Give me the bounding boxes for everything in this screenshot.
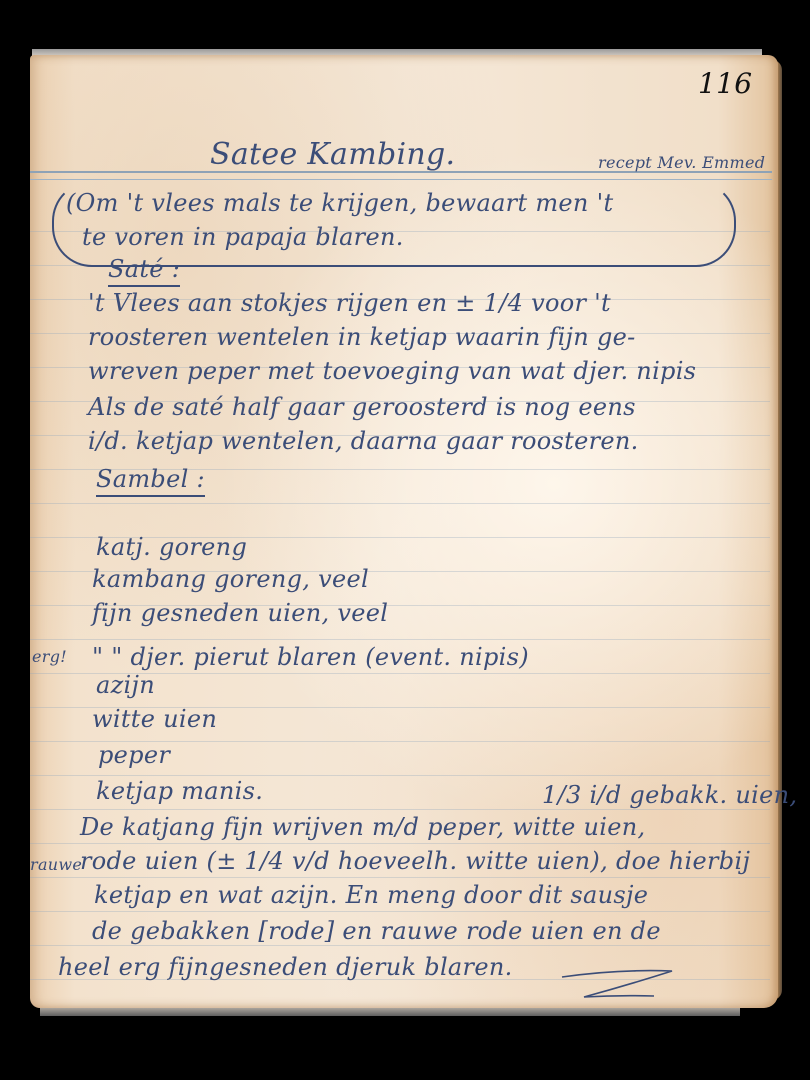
instruction-line: rode uien (± 1/4 v/d hoeveelh. witte uie…	[80, 847, 750, 875]
ingredient-item: peper	[98, 741, 170, 769]
instruction-line: De katjang fijn wrijven m/d peper, witte…	[80, 813, 645, 841]
ruled-line	[30, 843, 770, 844]
ruled-line	[30, 809, 770, 810]
sambel-heading-text: Sambel :	[96, 465, 205, 497]
margin-note-erg: erg!	[32, 647, 67, 666]
sate-line: wreven peper met toevoeging van wat djer…	[88, 357, 696, 385]
note-line: te voren in papaja blaren.	[82, 223, 404, 251]
header-double-rule	[30, 171, 772, 180]
ingredient-item: azijn	[96, 671, 155, 699]
recipe-title: Satee Kambing.	[210, 137, 455, 172]
ruled-line	[30, 503, 770, 504]
notebook-page: 116 Satee Kambing. recept Mev. Emmed (Om…	[30, 55, 778, 1008]
instruction-line: ketjap en wat azijn. En meng door dit sa…	[94, 881, 648, 909]
section-heading-sambel: Sambel :	[96, 465, 205, 493]
recipe-attribution: recept Mev. Emmed	[598, 153, 765, 172]
instruction-line: de gebakken [rode] en rauwe rode uien en…	[92, 917, 661, 945]
ruled-line	[30, 639, 770, 640]
ingredient-item: fijn gesneden uien, veel	[92, 599, 388, 627]
section-heading-sate: Saté :	[108, 255, 180, 283]
end-flourish-icon	[558, 963, 678, 1003]
ruled-line	[30, 911, 770, 912]
sate-line: Als de saté half gaar geroosterd is nog …	[88, 393, 636, 421]
note-line: (Om 't vlees mals te krijgen, bewaart me…	[66, 189, 613, 217]
instruction-line: heel erg fijngesneden djeruk blaren.	[58, 953, 513, 981]
sate-line: 't Vlees aan stokjes rijgen en ± 1/4 voo…	[88, 289, 611, 317]
ingredient-item: katj. goreng	[96, 533, 247, 561]
page-number: 116	[698, 67, 752, 100]
ingredient-item: " " djer. pierut blaren (event. nipis)	[92, 643, 529, 671]
ruled-line	[30, 877, 770, 878]
ingredient-item: ketjap manis.	[96, 777, 263, 805]
ruled-line	[30, 775, 770, 776]
ruled-line	[30, 945, 770, 946]
ingredient-item: kambang goreng, veel	[92, 565, 369, 593]
sate-line: roosteren wentelen in ketjap waarin fijn…	[88, 323, 636, 351]
sate-line: i/d. ketjap wentelen, daarna gaar rooste…	[88, 427, 639, 455]
margin-note-rauwe: rauwe	[30, 855, 82, 874]
side-note: 1/3 i/d gebakk. uien,	[542, 781, 797, 809]
sate-heading-text: Saté :	[108, 255, 180, 287]
ingredient-item: witte uien	[92, 705, 217, 733]
